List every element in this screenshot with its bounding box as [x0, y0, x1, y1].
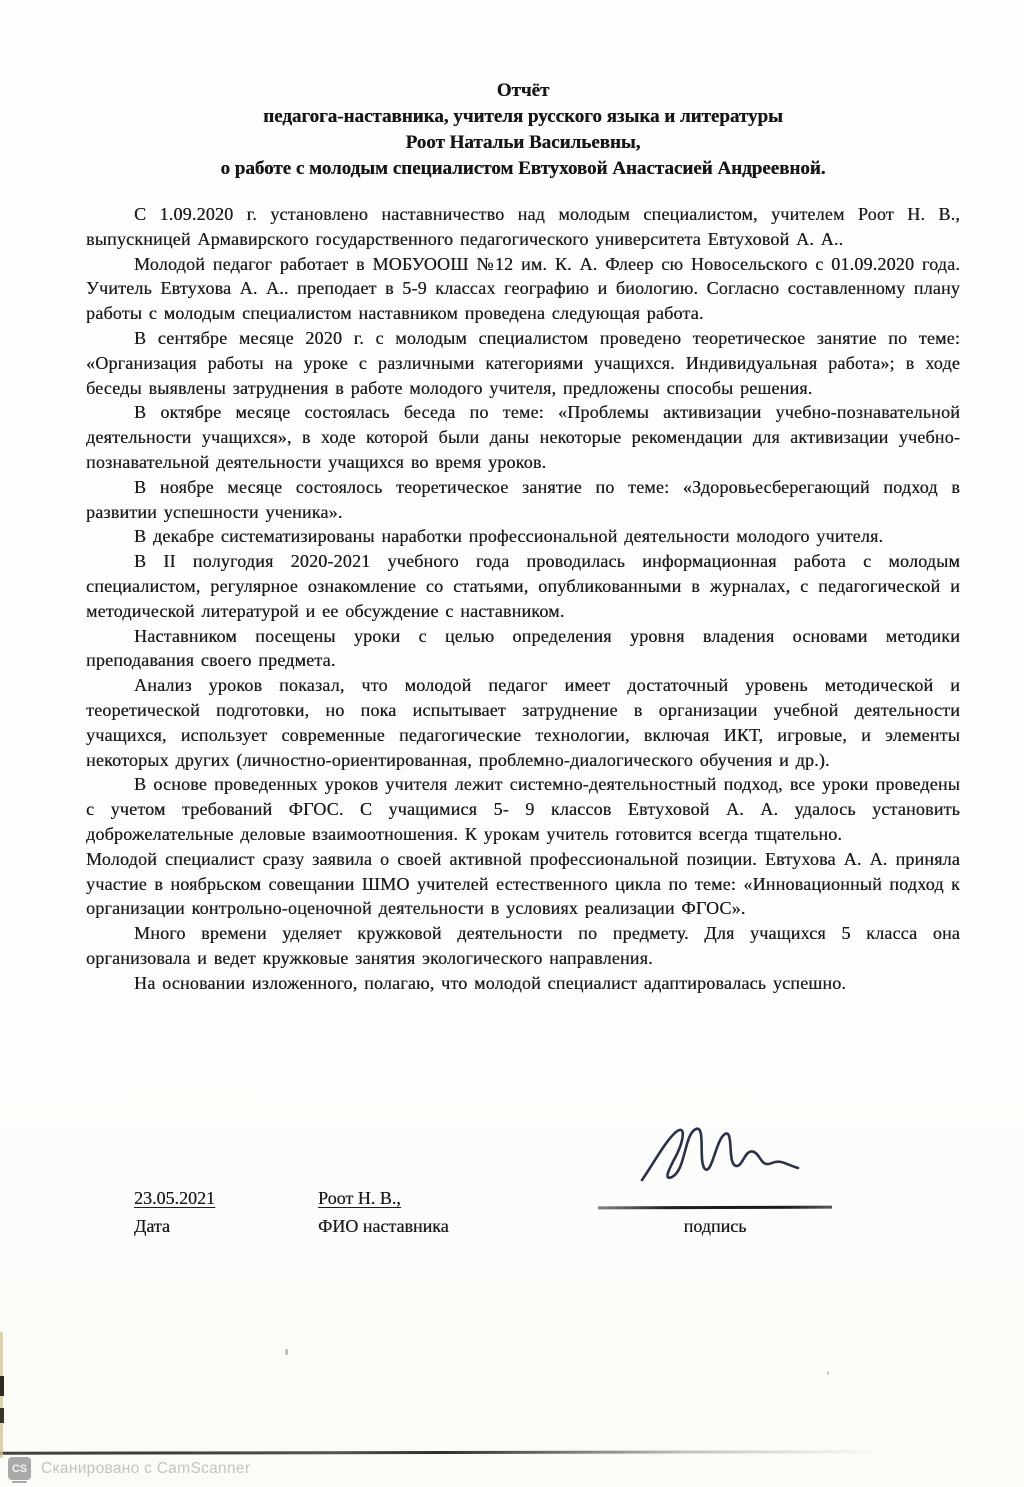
signature-line: [598, 1206, 832, 1210]
mentor-name-value: Роот Н. В.,: [318, 1188, 449, 1209]
scan-edge-mark: [0, 1376, 4, 1396]
paragraph: Много времени уделяет кружковой деятельн…: [86, 921, 960, 971]
camscanner-watermark: CS Сканировано с CamScanner: [8, 1457, 250, 1480]
paragraph: Наставником посещены уроки с целью опред…: [86, 624, 960, 674]
paragraph: Молодой педагог работает в МОБУООШ №12 и…: [86, 252, 960, 326]
document-body: С 1.09.2020 г. установлено наставничеств…: [86, 202, 960, 996]
date-value: 23.05.2021: [134, 1188, 215, 1209]
title-line-1: Отчёт: [86, 78, 960, 104]
title-line-3: Роот Натальи Васильевны,: [86, 130, 960, 156]
scan-edge-mark: [0, 1408, 4, 1423]
handwritten-signature: [634, 1118, 804, 1206]
paragraph: В ноябре месяце состоялось теоретическое…: [86, 475, 960, 525]
document-title: Отчёт педагога-наставника, учителя русск…: [86, 78, 960, 182]
scan-speck: [827, 1371, 829, 1375]
scan-speck: [285, 1349, 288, 1355]
scan-edge-line: [0, 1450, 880, 1455]
title-line-2: педагога-наставника, учителя русского яз…: [86, 104, 960, 130]
paragraph: Молодой специалист сразу заявила о своей…: [86, 847, 960, 921]
paragraph: В декабре систематизированы наработки пр…: [86, 524, 960, 549]
mentor-name-label: ФИО наставника: [318, 1216, 449, 1237]
paragraph: В октябре месяце состоялась беседа по те…: [86, 400, 960, 474]
signature-label: подпись: [598, 1216, 832, 1237]
date-label: Дата: [134, 1216, 215, 1237]
scanned-page: Отчёт педагога-наставника, учителя русск…: [0, 0, 1024, 1487]
paragraph: В основе проведенных уроков учителя лежи…: [86, 772, 960, 846]
camscanner-icon: CS: [8, 1457, 31, 1480]
paragraph: Анализ уроков показал, что молодой педаг…: [86, 673, 960, 772]
camscanner-text: Сканировано с CamScanner: [41, 1460, 250, 1478]
paragraph: В II полугодия 2020-2021 учебного года п…: [86, 549, 960, 623]
title-line-4: о работе с молодым специалистом Евтухово…: [86, 156, 960, 182]
date-column: 23.05.2021 Дата: [134, 1188, 215, 1237]
paragraph: С 1.09.2020 г. установлено наставничеств…: [86, 202, 960, 252]
mentor-name-column: Роот Н. В., ФИО наставника: [318, 1188, 449, 1237]
paragraph: В сентябре месяце 2020 г. с молодым спец…: [86, 326, 960, 400]
paragraph: На основании изложенного, полагаю, что м…: [86, 971, 960, 996]
